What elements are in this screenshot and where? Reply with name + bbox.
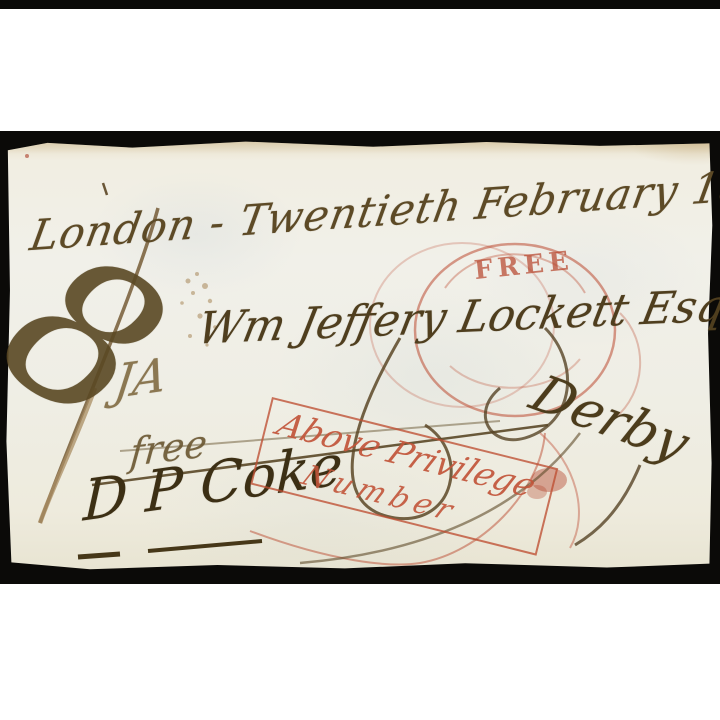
clerk-initials-handwriting: JA bbox=[112, 351, 170, 406]
signature-underline-stroke bbox=[148, 541, 262, 551]
scan-edge-strip bbox=[0, 0, 720, 9]
letter-photo: London - Twentieth February 1802 8 JA Wm… bbox=[0, 131, 720, 584]
auction-scan: London - Twentieth February 1802 8 JA Wm… bbox=[0, 0, 720, 720]
apostrophe-mark bbox=[103, 183, 107, 195]
signature-underline-dash bbox=[78, 554, 120, 557]
derby-tail-stroke bbox=[575, 465, 640, 545]
